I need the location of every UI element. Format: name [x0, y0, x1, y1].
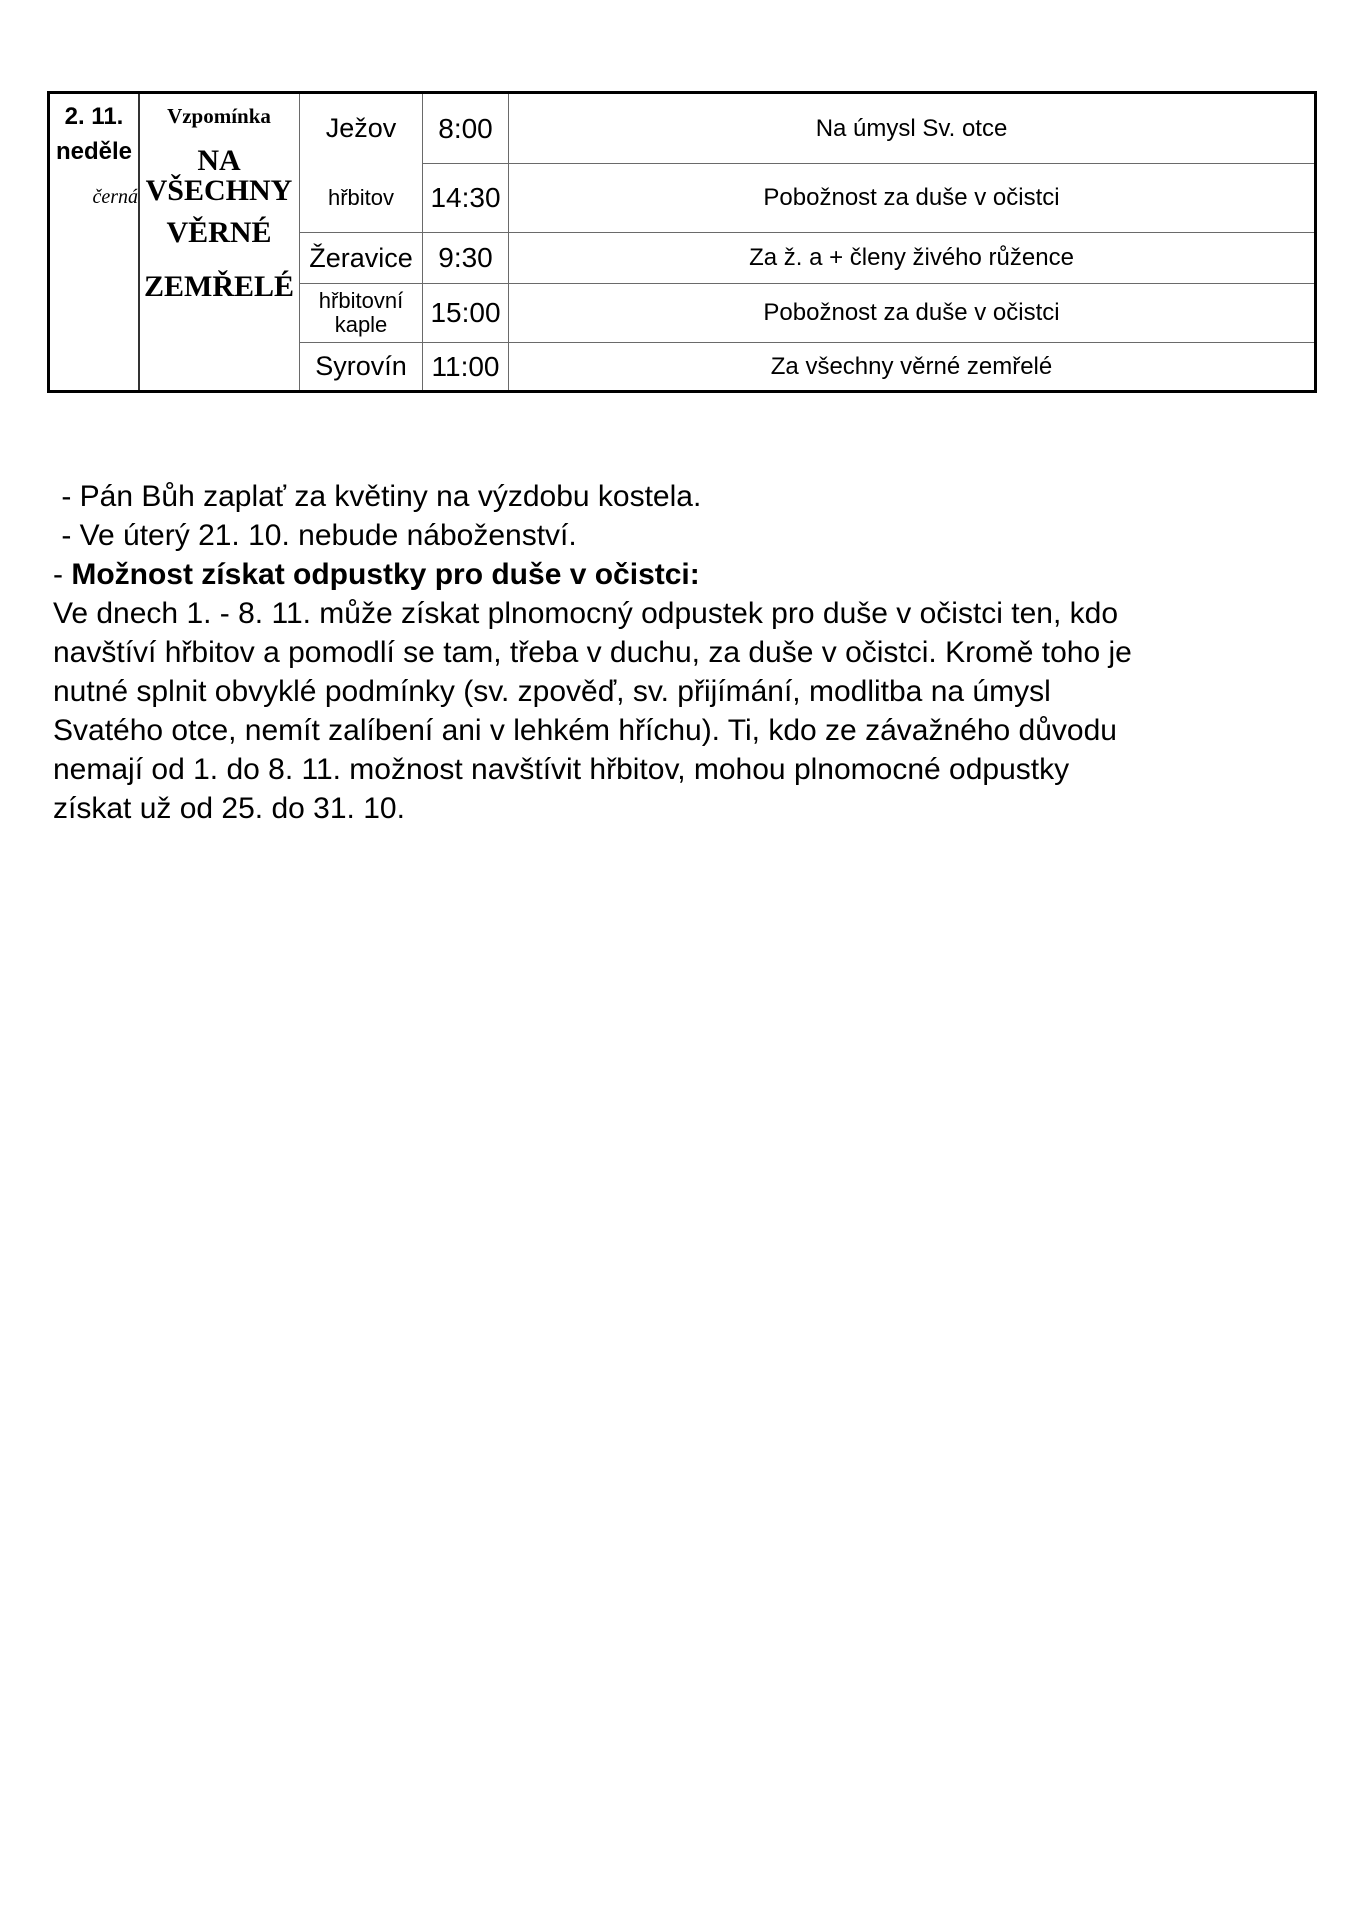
heading-dash: - — [53, 558, 71, 591]
time: 9:30 — [438, 242, 493, 274]
heading-text: Možnost získat odpustky pro duše v očist… — [71, 558, 699, 591]
place: Žeravice — [309, 243, 413, 274]
place-cell: Ježov — [300, 94, 422, 163]
intention: Na úmysl Sv. otce — [816, 115, 1008, 143]
paragraph-line: nutné splnit obvyklé podmínky (sv. zpově… — [53, 672, 1323, 711]
title-cell-top: NA VŠECHNY — [139, 141, 299, 211]
liturgical-color: černá — [92, 186, 138, 209]
place-cell: hřbitovní kaple — [300, 284, 422, 342]
feast-title-line: ZEMŘELÉ — [144, 272, 294, 302]
paragraph-line: Ve dnech 1. - 8. 11. může získat plnomoc… — [53, 594, 1323, 633]
intention-cell: Pobožnost za duše v očistci — [509, 284, 1314, 342]
place-cell: Syrovín — [300, 343, 422, 390]
place-cell: hřbitov — [300, 164, 422, 232]
place: Ježov — [326, 113, 397, 144]
paragraph-line: získat už od 25. do 31. 10. — [53, 789, 1323, 828]
title-cell-bottom: ZEMŘELÉ — [139, 257, 299, 317]
announcement-line: - Ve úterý 21. 10. nebude náboženství. — [53, 516, 1323, 555]
time-cell: 15:00 — [423, 284, 508, 342]
intention: Za všechny věrné zemřelé — [771, 353, 1052, 381]
intention: Za ž. a + členy živého růžence — [749, 244, 1074, 272]
date: 2. 11. — [65, 100, 124, 135]
intention: Pobožnost za duše v očistci — [763, 184, 1059, 212]
feast-title-line: VĚRNÉ — [166, 218, 271, 248]
announcement-heading: - Možnost získat odpustky pro duše v oči… — [53, 555, 1323, 594]
feast-type: Vzpomínka — [167, 104, 271, 129]
announcement-line: - Pán Bůh zaplať za květiny na výzdobu k… — [53, 477, 1323, 516]
place-line: kaple — [335, 313, 388, 337]
title-cell-mid: VĚRNÉ — [139, 211, 299, 255]
time-cell: 14:30 — [423, 164, 508, 232]
place: hřbitov — [328, 186, 394, 210]
intention-cell: Za všechny věrné zemřelé — [509, 343, 1314, 390]
place-line: hřbitovní — [319, 289, 403, 313]
time: 8:00 — [438, 113, 493, 145]
feast-title-line: NA — [197, 146, 240, 176]
time: 11:00 — [432, 351, 500, 383]
paragraph-line: navštíví hřbitov a pomodlí se tam, třeba… — [53, 633, 1323, 672]
time: 15:00 — [430, 297, 500, 329]
intention: Pobožnost za duše v očistci — [763, 299, 1059, 327]
intention-cell: Pobožnost za duše v očistci — [509, 164, 1314, 232]
weekday: neděle — [56, 135, 132, 170]
intention-cell: Za ž. a + členy živého růžence — [509, 233, 1314, 283]
time: 14:30 — [430, 182, 500, 214]
mass-schedule-table: 2. 11. neděle černá Vzpomínka NA VŠECHNY… — [47, 91, 1317, 393]
announcements: - Pán Bůh zaplať za květiny na výzdobu k… — [53, 477, 1323, 828]
place: Syrovín — [315, 351, 407, 382]
paragraph-line: nemají od 1. do 8. 11. možnost navštívit… — [53, 750, 1323, 789]
feast-title-line: VŠECHNY — [146, 176, 293, 206]
title-cell-small: Vzpomínka — [139, 94, 299, 138]
time-cell: 8:00 — [423, 94, 508, 163]
time-cell: 9:30 — [423, 233, 508, 283]
paragraph-line: Svatého otce, nemít zalíbení ani v lehké… — [53, 711, 1323, 750]
intention-cell: Na úmysl Sv. otce — [509, 94, 1314, 163]
date-cell: 2. 11. neděle — [50, 97, 138, 173]
time-cell: 11:00 — [423, 343, 508, 390]
place-cell: Žeravice — [300, 233, 422, 283]
